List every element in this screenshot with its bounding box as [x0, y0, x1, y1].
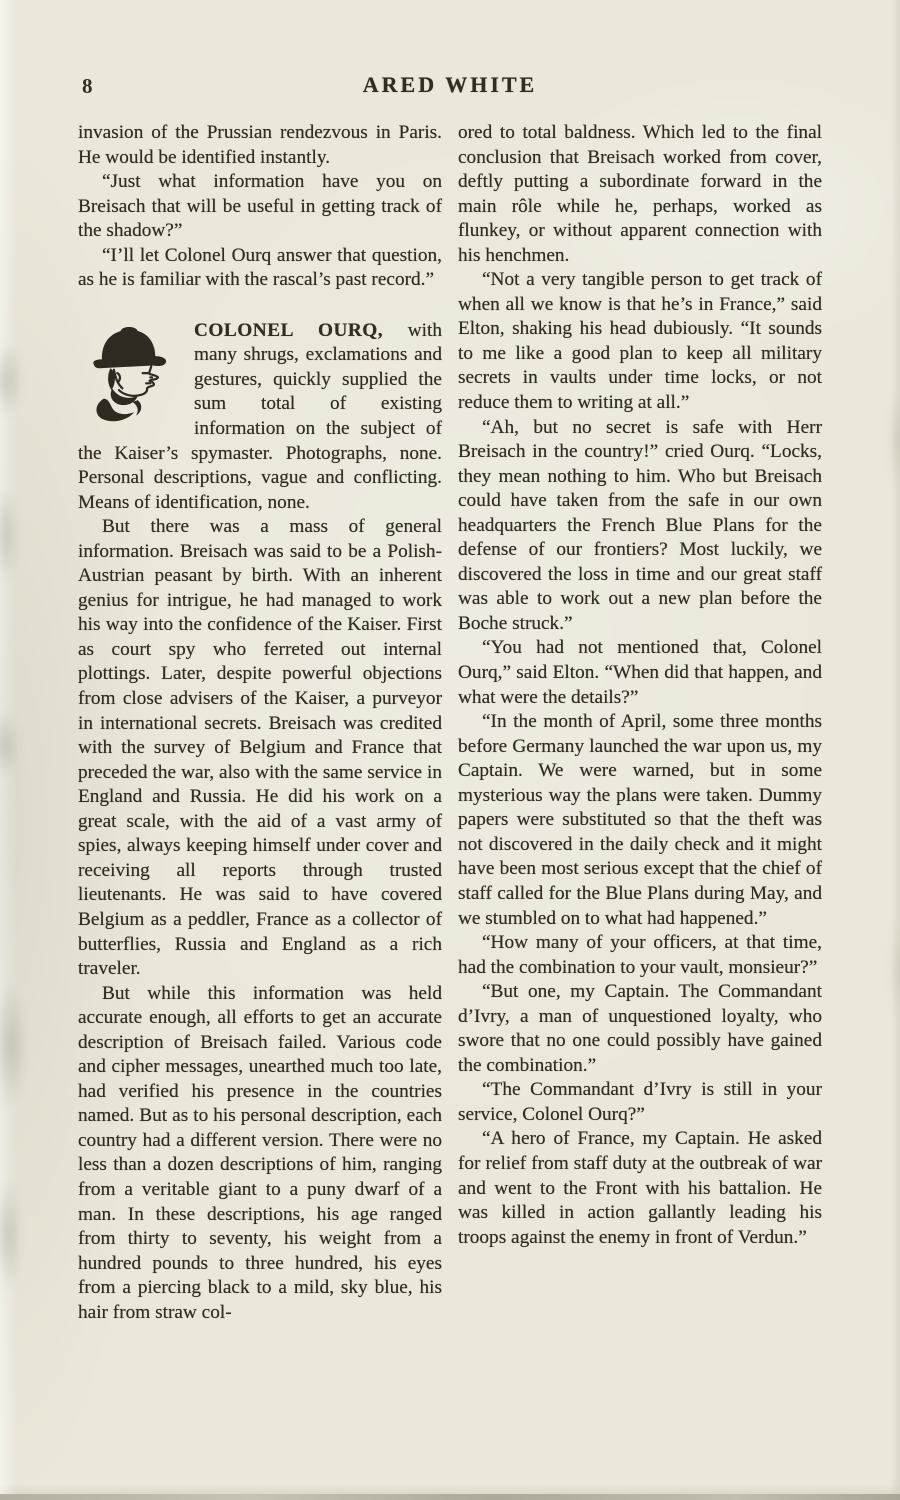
- paragraph: “Just what information have you on Breis…: [78, 170, 442, 244]
- paragraph-section-start: COLONEL OURQ, with many shrugs, exclamat…: [78, 319, 442, 515]
- paragraph: “The Commandant d’Ivry is still in your …: [458, 1078, 822, 1127]
- page-header: 8 ARED WHITE: [78, 72, 822, 102]
- text-columns: invasion of the Prussian rendezvous in P…: [78, 121, 822, 1325]
- paragraph: “In the month of April, some three month…: [458, 710, 822, 931]
- scan-smudge: [0, 1160, 26, 1310]
- section-lead-text: COLONEL OURQ,: [194, 320, 383, 341]
- scan-bottom-edge: [0, 1494, 900, 1500]
- paragraph: But while this information was held accu…: [78, 982, 442, 1326]
- paragraph: “Not a very tangible person to get track…: [458, 268, 822, 415]
- paragraph: “How many of your officers, at that time…: [458, 931, 822, 980]
- book-page-scan: 8 ARED WHITE invasion of the Prussian re…: [0, 0, 900, 1500]
- scan-smudge: [0, 470, 22, 600]
- page-number: 8: [82, 74, 94, 99]
- paragraph: “Ah, but no secret is safe with Herr Bre…: [458, 416, 822, 637]
- paragraph: “You had not mentioned that, Colonel Our…: [458, 636, 822, 710]
- paragraph: invasion of the Prussian rendezvous in P…: [78, 121, 442, 170]
- paragraph: “A hero of France, my Captain. He asked …: [458, 1127, 822, 1250]
- scan-smudge: [0, 700, 24, 790]
- right-column: ored to total baldness. Which led to the…: [458, 121, 822, 1325]
- scan-smudge: [882, 380, 900, 500]
- paragraph: ored to total baldness. Which led to the…: [458, 121, 822, 268]
- soldier-head-illustration: [78, 324, 182, 424]
- left-column: invasion of the Prussian rendezvous in P…: [78, 121, 442, 1325]
- running-head-title: ARED WHITE: [78, 72, 822, 98]
- paragraph: But there was a mass of general informat…: [78, 515, 442, 981]
- paragraph: “I’ll let Colonel Ourq answer that quest…: [78, 244, 442, 293]
- scan-smudge: [0, 960, 32, 1130]
- scan-smudge: [884, 900, 900, 1040]
- scan-smudge: [0, 330, 28, 430]
- paragraph: “But one, my Captain. The Commandant d’I…: [458, 980, 822, 1078]
